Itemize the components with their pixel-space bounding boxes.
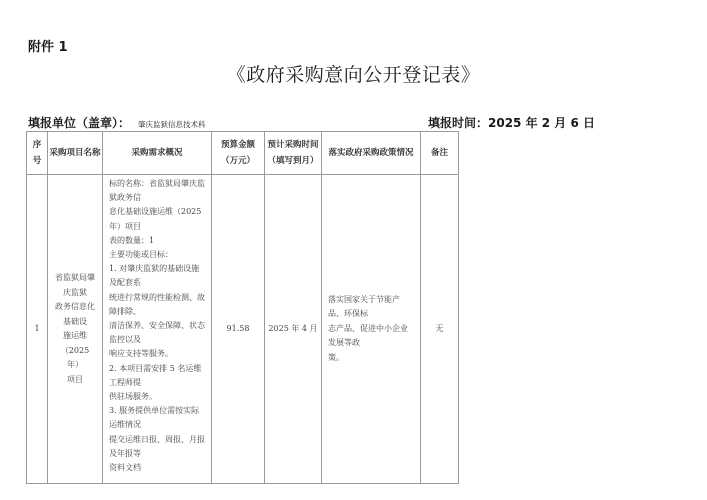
table-row: 1 省监狱局肇庆监狱 政务信息化基础设 施运维（2025 年） 项目 标的名称：… [27,175,459,484]
attachment-label: 附件 1 [28,36,68,55]
table-header-row: 序号 采购项目名称 采购需求概况 预算金额（万元） 预计采购时间（填写到月） 落… [27,132,459,175]
cell-project-name: 省监狱局肇庆监狱 政务信息化基础设 施运维（2025 年） 项目 [48,175,103,484]
cell-remark: 无 [421,175,459,484]
reporting-unit-label: 填报单位（盖章）： [28,116,130,130]
cell-seq: 1 [27,175,48,484]
col-header-remark: 备注 [421,132,459,175]
cell-budget: 91.58 [212,175,265,484]
cell-time: 2025 年 4 月 [265,175,322,484]
col-header-project-name: 采购项目名称 [48,132,103,175]
reporting-unit-name: 肇庆监狱信息技术科 [138,120,206,129]
col-header-requirements: 采购需求概况 [103,132,212,175]
reporting-date: 填报时间：2025 年 2 月 6 日 [428,114,595,131]
col-header-policy: 落实政府采购政策情况 [322,132,421,175]
col-header-time: 预计采购时间（填写到月） [265,132,322,175]
cell-policy: 落实国家关于节能产品、环保标 志产品、促进中小企业发展等政 策。 [322,175,421,484]
cell-requirements: 标的名称：省监狱局肇庆监狱政务信 息化基础设施运维（2025 年）项目 表的数量… [103,175,212,484]
reporting-unit: 填报单位（盖章）：肇庆监狱信息技术科 [28,114,206,131]
col-header-seq: 序号 [27,132,48,175]
procurement-table: 序号 采购项目名称 采购需求概况 预算金额（万元） 预计采购时间（填写到月） 落… [26,131,459,484]
document-title: 《政府采购意向公开登记表》 [0,60,707,87]
col-header-budget: 预算金额（万元） [212,132,265,175]
